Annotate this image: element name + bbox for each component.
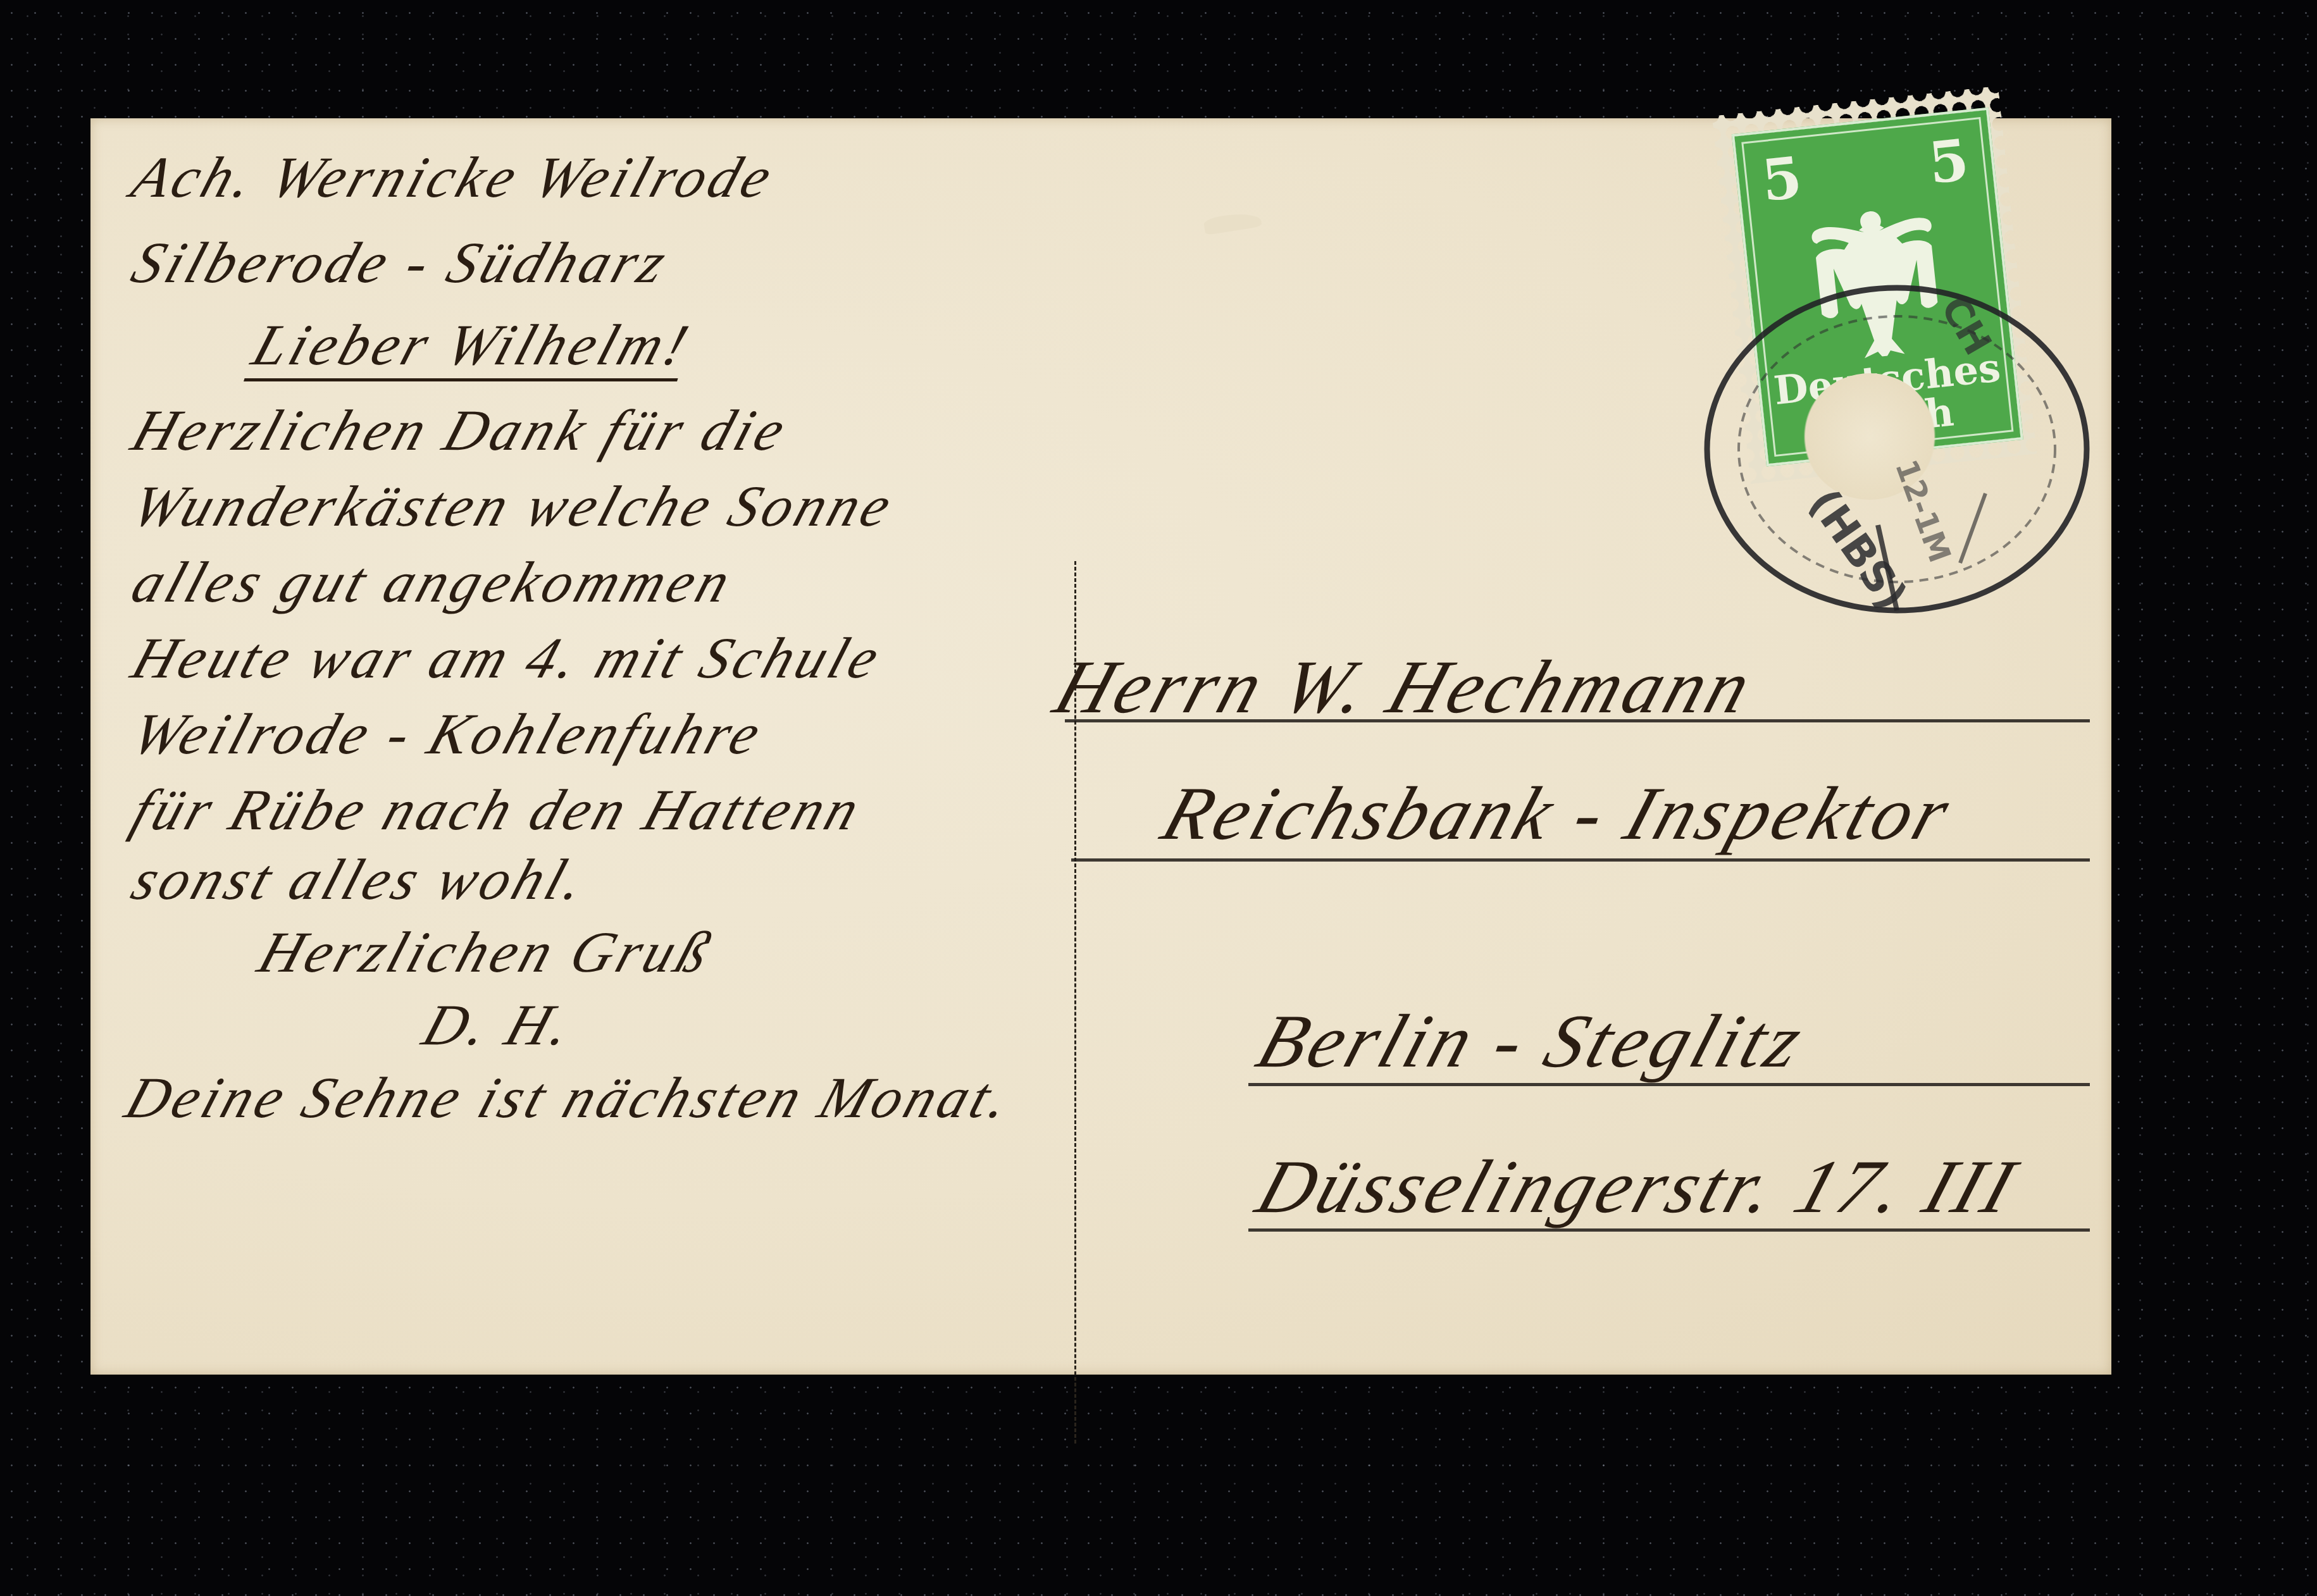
address-rule	[1248, 1083, 2090, 1086]
address-rule	[1071, 858, 2090, 862]
message-line: für Rübe nach den Hattenn	[124, 776, 871, 843]
recipient-city: Berlin - Steglitz	[1247, 998, 1817, 1085]
postscript: Deine Sehne ist nächsten Monat.	[118, 1064, 1022, 1131]
recipient-street: Düsselingerstr. 17. III	[1247, 1143, 2029, 1230]
address-rule	[1248, 1228, 2090, 1232]
message-line: sonst alles wohl.	[124, 846, 597, 913]
address-rule	[1065, 719, 2090, 722]
stamp-value-left: 5	[1758, 144, 1805, 214]
recipient-name: Herrn W. Hechmann	[1045, 643, 1765, 731]
salutation: Lieber Wilhelm!	[244, 311, 700, 381]
signature: D. H.	[415, 991, 583, 1058]
paper-tear	[1203, 210, 1262, 235]
message-line: Herzlichen Dank für die	[124, 397, 797, 464]
closing: Herzlichen Gruß	[251, 919, 722, 986]
recipient-title: Reichsbank - Inspektor	[1152, 770, 1964, 857]
message-line: Silberode - Südharz	[124, 229, 678, 296]
message-line: alles gut angekommen	[124, 548, 742, 616]
message-line: Wunderkästen welche Sonne	[124, 473, 904, 540]
message-line: Ach. Wernicke Weilrode	[124, 144, 784, 211]
message-line: Weilrode - Kohlenfuhre	[124, 700, 773, 767]
message-line: Heute war am 4. mit Schule	[124, 624, 891, 691]
stamp-value-right: 5	[1925, 127, 1972, 197]
